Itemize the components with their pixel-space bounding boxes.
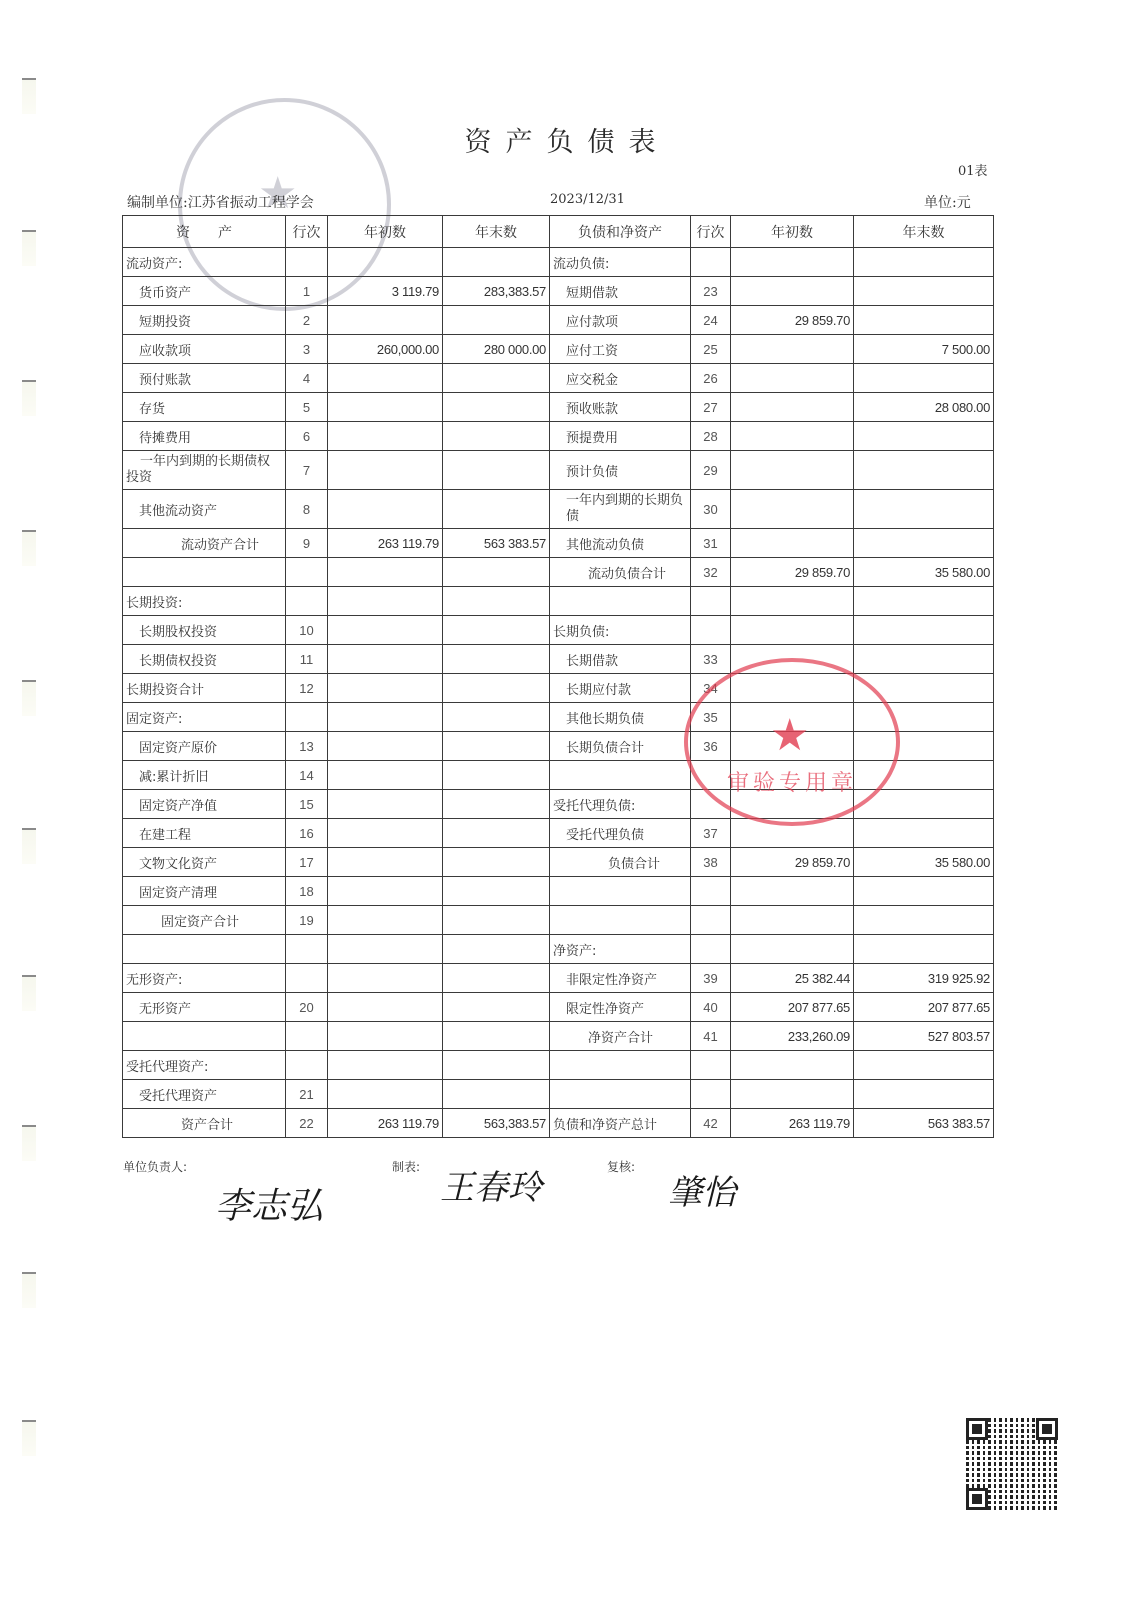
liability-ending-cell xyxy=(854,1080,994,1109)
liability-ending-cell: 35 580.00 xyxy=(854,848,994,877)
liability-ending-cell: 319 925.92 xyxy=(854,964,994,993)
qr-finder xyxy=(966,1418,988,1440)
table-row: 预付账款4应交税金26 xyxy=(123,364,994,393)
liability-beginning-cell xyxy=(731,393,854,422)
binder-hole xyxy=(22,975,36,1011)
asset-ending-cell xyxy=(443,935,550,964)
liability-line-cell: 26 xyxy=(691,364,731,393)
responsible-signature: 李志弘 xyxy=(215,1178,323,1229)
asset-ending-cell xyxy=(443,1051,550,1080)
liability-line-cell: 27 xyxy=(691,393,731,422)
asset-ending-cell xyxy=(443,248,550,277)
asset-beginning-cell xyxy=(328,1022,443,1051)
asset-name-cell: 受托代理资产: xyxy=(123,1051,286,1080)
qr-finder xyxy=(1036,1418,1058,1440)
asset-ending-cell xyxy=(443,1022,550,1051)
responsible-person-label: 单位负责人: xyxy=(123,1158,187,1175)
liability-name-cell xyxy=(550,1051,691,1080)
liability-beginning-cell xyxy=(731,616,854,645)
asset-name-cell xyxy=(123,558,286,587)
asset-ending-cell: 280 000.00 xyxy=(443,335,550,364)
liability-line-cell: 42 xyxy=(691,1109,731,1138)
liability-line-cell xyxy=(691,587,731,616)
asset-line-cell: 10 xyxy=(286,616,328,645)
preparer-signature: 王春玲 xyxy=(440,1160,542,1209)
liability-line-cell xyxy=(691,935,731,964)
preparing-unit-name: 江苏省振动工程学会 xyxy=(188,195,314,211)
table-row: 净资产: xyxy=(123,935,994,964)
asset-ending-cell: 563 383.57 xyxy=(443,529,550,558)
liability-ending-cell: 563 383.57 xyxy=(854,1109,994,1138)
asset-name-cell: 流动资产合计 xyxy=(123,529,286,558)
liability-name-cell: 一年内到期的长期负债 xyxy=(550,490,691,529)
liability-beginning-cell xyxy=(731,935,854,964)
liability-ending-cell xyxy=(854,422,994,451)
liability-line-cell: 30 xyxy=(691,490,731,529)
asset-ending-cell xyxy=(443,761,550,790)
asset-name-cell xyxy=(123,935,286,964)
asset-beginning-cell: 3 119.79 xyxy=(328,277,443,306)
liability-beginning-cell xyxy=(731,1080,854,1109)
asset-name-cell: 无形资产: xyxy=(123,964,286,993)
liability-line-cell xyxy=(691,616,731,645)
asset-beginning-cell xyxy=(328,732,443,761)
liability-name-cell: 预提费用 xyxy=(550,422,691,451)
asset-beginning-cell xyxy=(328,1080,443,1109)
asset-beginning-cell: 263 119.79 xyxy=(328,529,443,558)
asset-name-cell: 固定资产净值 xyxy=(123,790,286,819)
asset-beginning-cell xyxy=(328,645,443,674)
liability-beginning-cell: 29 859.70 xyxy=(731,306,854,335)
asset-line-cell: 12 xyxy=(286,674,328,703)
liability-ending-cell xyxy=(854,587,994,616)
asset-ending-cell xyxy=(443,906,550,935)
asset-name-cell: 其他流动资产 xyxy=(123,490,286,529)
preparer-label: 制表: xyxy=(392,1158,420,1175)
header-ending: 年末数 xyxy=(854,216,994,248)
asset-ending-cell xyxy=(443,1080,550,1109)
liability-name-cell: 长期负债: xyxy=(550,616,691,645)
asset-beginning-cell xyxy=(328,964,443,993)
liability-name-cell: 非限定性净资产 xyxy=(550,964,691,993)
table-row: 受托代理资产: xyxy=(123,1051,994,1080)
table-row: 短期投资2应付款项2429 859.70 xyxy=(123,306,994,335)
asset-line-cell: 3 xyxy=(286,335,328,364)
asset-beginning-cell xyxy=(328,703,443,732)
liability-beginning-cell: 233,260.09 xyxy=(731,1022,854,1051)
table-row: 其他流动资产8一年内到期的长期负债30 xyxy=(123,490,994,529)
asset-ending-cell xyxy=(443,877,550,906)
asset-beginning-cell xyxy=(328,364,443,393)
audit-seal: ★ 审验专用章 xyxy=(684,658,900,826)
currency-unit: 单位:元 xyxy=(924,192,971,212)
asset-line-cell xyxy=(286,1022,328,1051)
asset-line-cell xyxy=(286,964,328,993)
liability-name-cell: 流动负债: xyxy=(550,248,691,277)
asset-name-cell: 一年内到期的长期债权投资 xyxy=(123,451,286,490)
asset-beginning-cell xyxy=(328,993,443,1022)
asset-beginning-cell xyxy=(328,790,443,819)
asset-name-cell: 固定资产原价 xyxy=(123,732,286,761)
unit-value: 元 xyxy=(957,195,971,211)
binder-hole xyxy=(22,828,36,864)
binder-hole xyxy=(22,1272,36,1308)
asset-ending-cell xyxy=(443,306,550,335)
table-row: 文物文化资产17负债合计3829 859.7035 580.00 xyxy=(123,848,994,877)
asset-line-cell: 7 xyxy=(286,451,328,490)
asset-beginning-cell xyxy=(328,616,443,645)
reviewer-signature: 肇怡 xyxy=(668,1165,736,1214)
table-row: 固定资产合计19 xyxy=(123,906,994,935)
asset-ending-cell xyxy=(443,732,550,761)
liability-line-cell: 41 xyxy=(691,1022,731,1051)
header-ending: 年末数 xyxy=(443,216,550,248)
liability-beginning-cell xyxy=(731,451,854,490)
asset-line-cell xyxy=(286,587,328,616)
asset-beginning-cell xyxy=(328,248,443,277)
asset-name-cell: 固定资产: xyxy=(123,703,286,732)
liability-name-cell: 负债和净资产总计 xyxy=(550,1109,691,1138)
report-date: 2023/12/31 xyxy=(550,192,625,207)
liability-beginning-cell xyxy=(731,877,854,906)
unit-label: 单位: xyxy=(924,195,957,211)
asset-beginning-cell: 263 119.79 xyxy=(328,1109,443,1138)
asset-beginning-cell xyxy=(328,306,443,335)
liability-ending-cell: 7 500.00 xyxy=(854,335,994,364)
asset-name-cell: 短期投资 xyxy=(123,306,286,335)
asset-beginning-cell xyxy=(328,819,443,848)
liability-name-cell xyxy=(550,761,691,790)
asset-line-cell: 8 xyxy=(286,490,328,529)
asset-name-cell: 受托代理资产 xyxy=(123,1080,286,1109)
asset-line-cell: 19 xyxy=(286,906,328,935)
liability-name-cell xyxy=(550,906,691,935)
liability-beginning-cell xyxy=(731,906,854,935)
table-row: 长期投资: xyxy=(123,587,994,616)
asset-beginning-cell xyxy=(328,393,443,422)
table-row: 净资产合计41233,260.09527 803.57 xyxy=(123,1022,994,1051)
qr-finder xyxy=(966,1488,988,1510)
asset-line-cell: 1 xyxy=(286,277,328,306)
asset-name-cell xyxy=(123,1022,286,1051)
liability-name-cell: 应交税金 xyxy=(550,364,691,393)
liability-ending-cell: 527 803.57 xyxy=(854,1022,994,1051)
asset-beginning-cell xyxy=(328,761,443,790)
audit-seal-text: 审验专用章 xyxy=(688,766,896,797)
asset-beginning-cell xyxy=(328,877,443,906)
asset-line-cell: 4 xyxy=(286,364,328,393)
asset-ending-cell xyxy=(443,558,550,587)
table-row: 应收款项3260,000.00280 000.00应付工资257 500.00 xyxy=(123,335,994,364)
header-liabilities: 负债和净资产 xyxy=(550,216,691,248)
asset-ending-cell xyxy=(443,819,550,848)
liability-ending-cell xyxy=(854,1051,994,1080)
liability-name-cell: 应付工资 xyxy=(550,335,691,364)
asset-line-cell: 16 xyxy=(286,819,328,848)
asset-ending-cell: 283,383.57 xyxy=(443,277,550,306)
liability-beginning-cell xyxy=(731,587,854,616)
asset-line-cell xyxy=(286,248,328,277)
asset-line-cell: 5 xyxy=(286,393,328,422)
asset-ending-cell xyxy=(443,993,550,1022)
asset-name-cell: 待摊费用 xyxy=(123,422,286,451)
asset-name-cell: 固定资产合计 xyxy=(123,906,286,935)
liability-line-cell: 40 xyxy=(691,993,731,1022)
liability-ending-cell: 28 080.00 xyxy=(854,393,994,422)
liability-line-cell xyxy=(691,906,731,935)
asset-ending-cell xyxy=(443,587,550,616)
liability-ending-cell xyxy=(854,819,994,848)
asset-beginning-cell xyxy=(328,587,443,616)
liability-beginning-cell xyxy=(731,335,854,364)
form-number: 01表 xyxy=(958,160,988,179)
table-row: 无形资产:非限定性净资产3925 382.44319 925.92 xyxy=(123,964,994,993)
asset-name-cell: 存货 xyxy=(123,393,286,422)
liability-ending-cell: 35 580.00 xyxy=(854,558,994,587)
asset-ending-cell xyxy=(443,964,550,993)
asset-line-cell: 13 xyxy=(286,732,328,761)
liability-line-cell: 25 xyxy=(691,335,731,364)
header-line-no: 行次 xyxy=(691,216,731,248)
asset-ending-cell xyxy=(443,422,550,451)
asset-ending-cell xyxy=(443,616,550,645)
asset-name-cell: 流动资产: xyxy=(123,248,286,277)
asset-name-cell: 在建工程 xyxy=(123,819,286,848)
header-line-no: 行次 xyxy=(286,216,328,248)
liability-name-cell: 受托代理负债: xyxy=(550,790,691,819)
asset-name-cell: 减:累计折旧 xyxy=(123,761,286,790)
liability-name-cell xyxy=(550,1080,691,1109)
liability-name-cell: 流动负债合计 xyxy=(550,558,691,587)
asset-ending-cell xyxy=(443,393,550,422)
asset-line-cell xyxy=(286,1051,328,1080)
liability-line-cell xyxy=(691,248,731,277)
liability-name-cell: 负债合计 xyxy=(550,848,691,877)
table-row: 固定资产清理18 xyxy=(123,877,994,906)
asset-line-cell: 20 xyxy=(286,993,328,1022)
liability-beginning-cell: 29 859.70 xyxy=(731,558,854,587)
asset-name-cell: 无形资产 xyxy=(123,993,286,1022)
liability-line-cell: 32 xyxy=(691,558,731,587)
asset-beginning-cell: 260,000.00 xyxy=(328,335,443,364)
binder-hole xyxy=(22,78,36,114)
liability-name-cell xyxy=(550,877,691,906)
liability-beginning-cell: 263 119.79 xyxy=(731,1109,854,1138)
table-row: 流动资产:流动负债: xyxy=(123,248,994,277)
asset-name-cell: 长期投资: xyxy=(123,587,286,616)
asset-name-cell: 文物文化资产 xyxy=(123,848,286,877)
binder-hole xyxy=(22,530,36,566)
reviewer-label: 复核: xyxy=(607,1158,635,1175)
table-row: 一年内到期的长期债权投资7预计负债29 xyxy=(123,451,994,490)
liability-line-cell: 23 xyxy=(691,277,731,306)
table-row: 待摊费用6预提费用28 xyxy=(123,422,994,451)
table-row: 长期股权投资10长期负债: xyxy=(123,616,994,645)
liability-name-cell: 限定性净资产 xyxy=(550,993,691,1022)
star-icon: ★ xyxy=(770,714,809,758)
table-row: 存货5预收账款2728 080.00 xyxy=(123,393,994,422)
liability-ending-cell xyxy=(854,906,994,935)
table-row: 资产合计22263 119.79563,383.57负债和净资产总计42263 … xyxy=(123,1109,994,1138)
asset-beginning-cell xyxy=(328,490,443,529)
table-row: 流动资产合计9263 119.79563 383.57其他流动负债31 xyxy=(123,529,994,558)
liability-line-cell: 24 xyxy=(691,306,731,335)
asset-line-cell: 6 xyxy=(286,422,328,451)
asset-beginning-cell xyxy=(328,935,443,964)
liability-ending-cell xyxy=(854,616,994,645)
asset-line-cell xyxy=(286,935,328,964)
table-row: 流动负债合计3229 859.7035 580.00 xyxy=(123,558,994,587)
liability-name-cell: 净资产: xyxy=(550,935,691,964)
asset-name-cell: 长期投资合计 xyxy=(123,674,286,703)
liability-ending-cell xyxy=(854,645,994,674)
liability-beginning-cell: 29 859.70 xyxy=(731,848,854,877)
liability-beginning-cell: 207 877.65 xyxy=(731,993,854,1022)
asset-line-cell: 17 xyxy=(286,848,328,877)
liability-line-cell: 28 xyxy=(691,422,731,451)
liability-line-cell: 37 xyxy=(691,819,731,848)
balance-sheet-table: 资 产 行次 年初数 年末数 负债和净资产 行次 年初数 年末数 流动资产:流动… xyxy=(122,215,994,1138)
asset-ending-cell xyxy=(443,848,550,877)
asset-name-cell: 预付账款 xyxy=(123,364,286,393)
asset-line-cell: 18 xyxy=(286,877,328,906)
asset-ending-cell xyxy=(443,451,550,490)
liability-name-cell: 应付款项 xyxy=(550,306,691,335)
liability-ending-cell xyxy=(854,248,994,277)
asset-ending-cell xyxy=(443,364,550,393)
asset-beginning-cell xyxy=(328,674,443,703)
liability-line-cell: 31 xyxy=(691,529,731,558)
asset-beginning-cell xyxy=(328,1051,443,1080)
asset-name-cell: 资产合计 xyxy=(123,1109,286,1138)
asset-ending-cell: 563,383.57 xyxy=(443,1109,550,1138)
liability-ending-cell: 207 877.65 xyxy=(854,993,994,1022)
liability-beginning-cell xyxy=(731,277,854,306)
asset-beginning-cell xyxy=(328,422,443,451)
liability-ending-cell xyxy=(854,490,994,529)
asset-line-cell: 15 xyxy=(286,790,328,819)
liability-name-cell xyxy=(550,587,691,616)
liability-line-cell: 39 xyxy=(691,964,731,993)
liability-name-cell: 受托代理负债 xyxy=(550,819,691,848)
table-row: 在建工程16受托代理负债37 xyxy=(123,819,994,848)
liability-beginning-cell xyxy=(731,490,854,529)
asset-line-cell: 14 xyxy=(286,761,328,790)
binder-hole xyxy=(22,380,36,416)
liability-beginning-cell xyxy=(731,364,854,393)
asset-beginning-cell xyxy=(328,848,443,877)
liability-beginning-cell: 25 382.44 xyxy=(731,964,854,993)
liability-line-cell xyxy=(691,1051,731,1080)
asset-name-cell: 应收款项 xyxy=(123,335,286,364)
asset-name-cell: 固定资产清理 xyxy=(123,877,286,906)
liability-ending-cell xyxy=(854,877,994,906)
asset-line-cell: 9 xyxy=(286,529,328,558)
liability-line-cell xyxy=(691,877,731,906)
liability-ending-cell xyxy=(854,451,994,490)
table-row: 无形资产20限定性净资产40207 877.65207 877.65 xyxy=(123,993,994,1022)
asset-line-cell: 22 xyxy=(286,1109,328,1138)
asset-ending-cell xyxy=(443,674,550,703)
preparing-unit: 编制单位:江苏省振动工程学会 xyxy=(127,192,314,212)
liability-ending-cell xyxy=(854,306,994,335)
table-row: 长期债权投资11长期借款33 xyxy=(123,645,994,674)
table-header-row: 资 产 行次 年初数 年末数 负债和净资产 行次 年初数 年末数 xyxy=(123,216,994,248)
liability-line-cell xyxy=(691,1080,731,1109)
asset-ending-cell xyxy=(443,645,550,674)
asset-line-cell xyxy=(286,703,328,732)
liability-beginning-cell xyxy=(731,529,854,558)
header-beginning: 年初数 xyxy=(328,216,443,248)
asset-beginning-cell xyxy=(328,451,443,490)
document-title: 资产负债表 xyxy=(0,120,1134,159)
liability-name-cell: 长期应付款 xyxy=(550,674,691,703)
liability-name-cell: 长期负债合计 xyxy=(550,732,691,761)
liability-ending-cell xyxy=(854,364,994,393)
asset-ending-cell xyxy=(443,790,550,819)
asset-name-cell: 货币资产 xyxy=(123,277,286,306)
preparing-unit-label: 编制单位: xyxy=(127,195,188,211)
liability-ending-cell xyxy=(854,277,994,306)
binder-hole xyxy=(22,680,36,716)
liability-ending-cell xyxy=(854,529,994,558)
liability-beginning-cell xyxy=(731,248,854,277)
asset-name-cell: 长期债权投资 xyxy=(123,645,286,674)
header-beginning: 年初数 xyxy=(731,216,854,248)
asset-line-cell: 11 xyxy=(286,645,328,674)
liability-line-cell: 29 xyxy=(691,451,731,490)
asset-beginning-cell xyxy=(328,558,443,587)
liability-name-cell: 预收账款 xyxy=(550,393,691,422)
liability-beginning-cell xyxy=(731,1051,854,1080)
asset-ending-cell xyxy=(443,490,550,529)
binder-hole xyxy=(22,1125,36,1161)
binder-hole xyxy=(22,230,36,266)
liability-name-cell: 长期借款 xyxy=(550,645,691,674)
asset-line-cell: 21 xyxy=(286,1080,328,1109)
liability-line-cell: 33 xyxy=(691,645,731,674)
liability-name-cell: 净资产合计 xyxy=(550,1022,691,1051)
liability-line-cell: 38 xyxy=(691,848,731,877)
liability-name-cell: 其他长期负债 xyxy=(550,703,691,732)
liability-name-cell: 预计负债 xyxy=(550,451,691,490)
header-assets: 资 产 xyxy=(123,216,286,248)
asset-line-cell xyxy=(286,558,328,587)
liability-beginning-cell xyxy=(731,422,854,451)
asset-ending-cell xyxy=(443,703,550,732)
liability-name-cell: 其他流动负债 xyxy=(550,529,691,558)
liability-ending-cell xyxy=(854,935,994,964)
liability-name-cell: 短期借款 xyxy=(550,277,691,306)
asset-name-cell: 长期股权投资 xyxy=(123,616,286,645)
table-row: 货币资产13 119.79283,383.57短期借款23 xyxy=(123,277,994,306)
binder-hole xyxy=(22,1420,36,1456)
asset-beginning-cell xyxy=(328,906,443,935)
asset-line-cell: 2 xyxy=(286,306,328,335)
table-row: 受托代理资产21 xyxy=(123,1080,994,1109)
